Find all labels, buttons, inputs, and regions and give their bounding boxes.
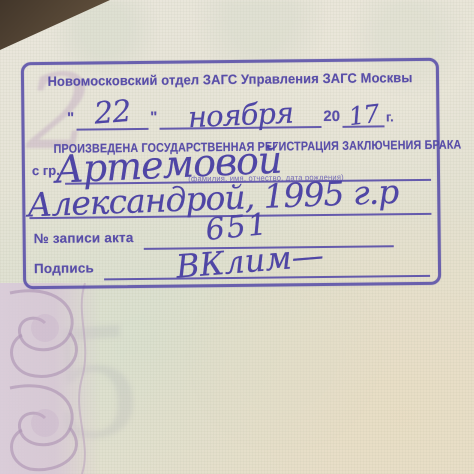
date-day-slot: 22 [76,98,148,131]
registration-date-row: " 22 " ноября 20 17 г. [24,89,436,131]
passport-page-photo: 2 5 Новомосковский отдел ЗАГС Управления… [0,0,474,474]
zags-office-header: Новомосковский отдел ЗАГС Управления ЗАГ… [32,70,428,89]
date-year-slot: 17 [342,100,384,127]
signature-label: Подпись [34,260,94,276]
date-month-handwritten: ноября [159,97,322,133]
guilloche-ornament-graphic [0,283,100,474]
date-year-handwritten: 17 [341,100,386,130]
date-close-quote: " [150,109,157,130]
date-year-suffix: г. [386,109,394,127]
date-open-quote: " [67,110,74,131]
date-month-slot: ноября [159,97,321,130]
marriage-registration-stamp: Новомосковский отдел ЗАГС Управления ЗАГ… [21,58,441,289]
date-day-handwritten: 22 [75,95,149,131]
guilloche-border-ornament [0,283,100,474]
date-century-printed: 20 [323,108,340,128]
photo-background-corner [0,0,110,50]
record-number-label: № записи акта [34,230,134,246]
